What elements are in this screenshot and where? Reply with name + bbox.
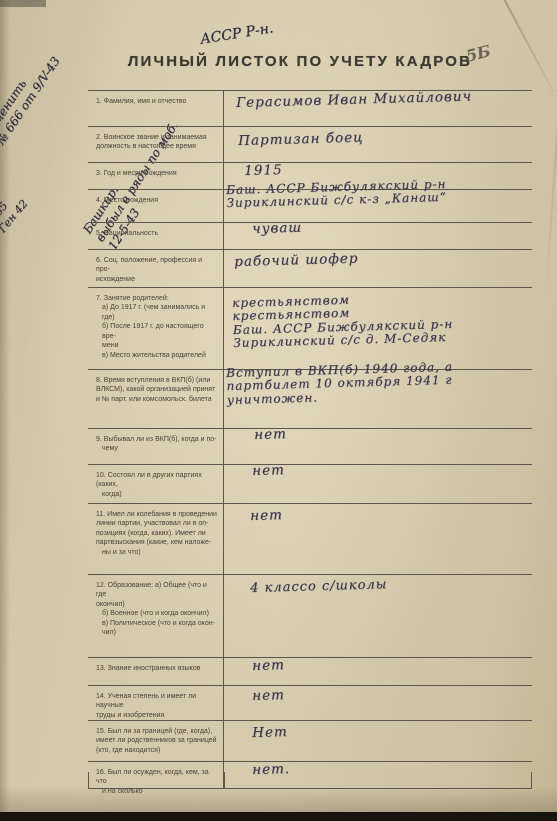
form-row: 6. Соц. положение, профессия и про-исхож… <box>88 250 532 288</box>
question-label: 16. Был ли осужден, когда, кем, за чтои … <box>88 762 224 788</box>
question-label-line: должность в настоящее время <box>96 142 217 151</box>
question-label-line: 14. Ученая степень и имеет ли научные <box>96 692 217 711</box>
handwritten-answer: Вступил в ВКП(б) 1940 года, апартбилет 1… <box>226 358 533 407</box>
answer-cell: нет <box>224 504 532 574</box>
question-label-line: 6. Соц. положение, профессия и про- <box>96 256 217 275</box>
question-label-line: и на сколько <box>96 787 217 796</box>
page-edge-crease <box>545 60 557 300</box>
question-label-line: партвзыскания (какие, кем наложе- <box>96 538 217 547</box>
scan-edge-top <box>0 0 46 7</box>
question-label-line: труды и изобретения <box>96 711 217 720</box>
question-label: 13. Знание иностранных языков <box>88 658 224 685</box>
form-title: ЛИЧНЫЙ ЛИСТОК ПО УЧЕТУ КАДРОВ <box>110 53 490 70</box>
form-row: 15. Был ли за границей (где, когда),имее… <box>88 721 532 762</box>
question-label-line: 1. Фамилия, имя и отчество <box>96 97 217 106</box>
question-label-line: 11. Имел ли колебания в проведении <box>96 510 217 519</box>
scanned-document: { "title": "ЛИЧНЫЙ ЛИСТОК ПО УЧЕТУ КАДРО… <box>0 0 557 821</box>
handwritten-answer: Баш. АССР Бижбулякский р-нЗириклинский с… <box>226 175 533 210</box>
answer-cell: рабочий шофер <box>224 250 532 287</box>
question-label-line: 3. Год и месяц рождения <box>96 169 217 178</box>
question-label-line: 7. Занятие родителей: <box>96 294 217 303</box>
form-row: 14. Ученая степень и имеет ли научныетру… <box>88 686 532 721</box>
question-label-line: окончил) <box>96 600 217 609</box>
handwritten-answer-line: Герасимов Иван Михайлович <box>236 88 532 111</box>
form-row: 16. Был ли осужден, когда, кем, за чтои … <box>88 762 532 789</box>
question-label-line: мени <box>96 341 217 350</box>
form-row: 12. Образование: а) Общее (что и гдеокон… <box>88 575 532 658</box>
question-label: 3. Год и месяц рождения <box>88 163 224 189</box>
document-page: ЛИЧНЫЙ ЛИСТОК ПО УЧЕТУ КАДРОВ Заменить №… <box>0 0 557 812</box>
answer-cell: нет <box>224 465 532 503</box>
question-label-line: 2. Воинское звание и занимаемая <box>96 133 217 142</box>
answer-cell: нет. <box>224 762 532 788</box>
question-label-line: в) Политическое (что и когда окон- <box>96 619 217 628</box>
question-label-line: когда) <box>96 490 217 499</box>
question-label: 2. Воинское звание и занимаемаядолжность… <box>88 127 224 162</box>
question-label-line: позициях (когда, каких). Имеет ли <box>96 529 217 538</box>
question-label-line: и № парт. или комсомольск. билета <box>96 395 217 404</box>
question-label-line: 12. Образование: а) Общее (что и где <box>96 581 217 600</box>
question-label: 6. Соц. положение, профессия и про-исхож… <box>88 250 224 287</box>
handwritten-answer-line: Партизан боец <box>238 126 532 149</box>
form-row: 8. Время вступления в ВКП(б) (илиВЛКСМ),… <box>88 370 532 429</box>
question-label-line: 10. Состоял ли в других партиях (каких, <box>96 471 217 490</box>
table-line-stub <box>88 772 89 788</box>
question-label: 7. Занятие родителей:а) До 1917 г. (чем … <box>88 288 224 369</box>
question-label-line: 5. Национальность <box>96 229 217 238</box>
question-label-line: 15. Был ли за границей (где, когда), <box>96 727 217 736</box>
question-label: 4. Место рождения <box>88 190 224 222</box>
answer-cell: Герасимов Иван Михайлович <box>224 91 532 126</box>
form-row: 5. Национальностьчуваш <box>88 223 532 250</box>
handwritten-answer-line: Нет <box>252 718 532 741</box>
table-line-stub <box>531 772 532 788</box>
question-label-line: имеет ли родственников за границей <box>96 736 217 745</box>
handwritten-answer: крестьянствомкрестьянствомБаш. АССР Бижб… <box>232 289 533 351</box>
question-label-line: чему <box>96 444 217 453</box>
scan-edge-bottom <box>0 812 557 821</box>
answer-cell: чуваш <box>224 223 532 249</box>
question-label-line: в) Место жительства родителей <box>96 351 217 360</box>
question-label-line: чил) <box>96 628 217 637</box>
handwritten-answer: Партизан боец <box>238 126 532 149</box>
form-row: 10. Состоял ли в других партиях (каких,к… <box>88 465 532 504</box>
handwritten-answer: 4 классо с/школы <box>250 574 532 596</box>
question-label: 1. Фамилия, имя и отчество <box>88 91 224 126</box>
answer-cell: 4 классо с/школы <box>224 575 532 657</box>
handwritten-answer: нет <box>250 501 532 524</box>
question-label: 5. Национальность <box>88 223 224 249</box>
question-label-line: б) После 1917 г. до настоящего вре- <box>96 322 217 341</box>
question-label: 14. Ученая степень и имеет ли научныетру… <box>88 686 224 720</box>
handwritten-answer-line: рабочий шофер <box>234 247 532 270</box>
answer-cell: нет <box>224 686 532 720</box>
question-label-line: 13. Знание иностранных языков <box>96 664 217 673</box>
handwritten-answer: Нет <box>252 718 532 741</box>
question-label-line: исхождение <box>96 275 217 284</box>
assr-annotation: АССР Р-н. <box>199 20 275 49</box>
question-label: 9. Выбывал ли из ВКП(б), когда и по-чему <box>88 429 224 464</box>
fold-crease <box>496 0 554 92</box>
question-label: 10. Состоял ли в других партиях (каких,к… <box>88 465 224 503</box>
question-label: 15. Был ли за границей (где, когда),имее… <box>88 721 224 761</box>
answer-cell: крестьянствомкрестьянствомБаш. АССР Бижб… <box>224 288 532 369</box>
form-row: 1. Фамилия, имя и отчествоГерасимов Иван… <box>88 91 532 127</box>
answer-cell: Вступил в ВКП(б) 1940 года, апартбилет 1… <box>224 370 532 428</box>
form-row: 11. Имел ли колебания в проведениилинии … <box>88 504 532 575</box>
answer-cell: нет <box>224 658 532 685</box>
question-label-line: ны и за что) <box>96 548 217 557</box>
question-label-line: ВЛКСМ), какой организацией принят <box>96 385 217 394</box>
replace-annotation: Заменить № 666 от 9/V-43 <box>0 46 64 148</box>
form-row: 7. Занятие родителей:а) До 1917 г. (чем … <box>88 288 532 370</box>
handwritten-answer-line: нет <box>250 501 532 524</box>
handwritten-answer: Герасимов Иван Михайлович <box>236 88 532 111</box>
form-row: 13. Знание иностранных языковнет <box>88 658 532 686</box>
question-label-line: 16. Был ли осужден, когда, кем, за что <box>96 768 217 787</box>
handwritten-answer-line: 4 классо с/школы <box>250 574 532 596</box>
question-label: 12. Образование: а) Общее (что и гдеокон… <box>88 575 224 657</box>
question-label-line: линии партии, участвовал ли в оп- <box>96 519 217 528</box>
question-label-line: а) До 1917 г. (чем занимались и где) <box>96 303 217 322</box>
question-label-line: 4. Место рождения <box>96 196 217 205</box>
question-label-line: 9. Выбывал ли из ВКП(б), когда и по- <box>96 435 217 444</box>
handwritten-answer: рабочий шофер <box>234 247 532 270</box>
question-label-line: 8. Время вступления в ВКП(б) (или <box>96 376 217 385</box>
answer-cell: Нет <box>224 721 532 761</box>
question-label: 11. Имел ли колебания в проведениилинии … <box>88 504 224 574</box>
question-label-line: (кто, где находится) <box>96 746 217 755</box>
form-table: 1. Фамилия, имя и отчествоГерасимов Иван… <box>88 90 532 789</box>
question-label-line: б) Военное (что и когда окончил) <box>96 609 217 618</box>
margin-annotation: х-65 Ген 42 <box>0 188 31 235</box>
table-line-stub <box>224 772 225 788</box>
question-label: 8. Время вступления в ВКП(б) (илиВЛКСМ),… <box>88 370 224 428</box>
